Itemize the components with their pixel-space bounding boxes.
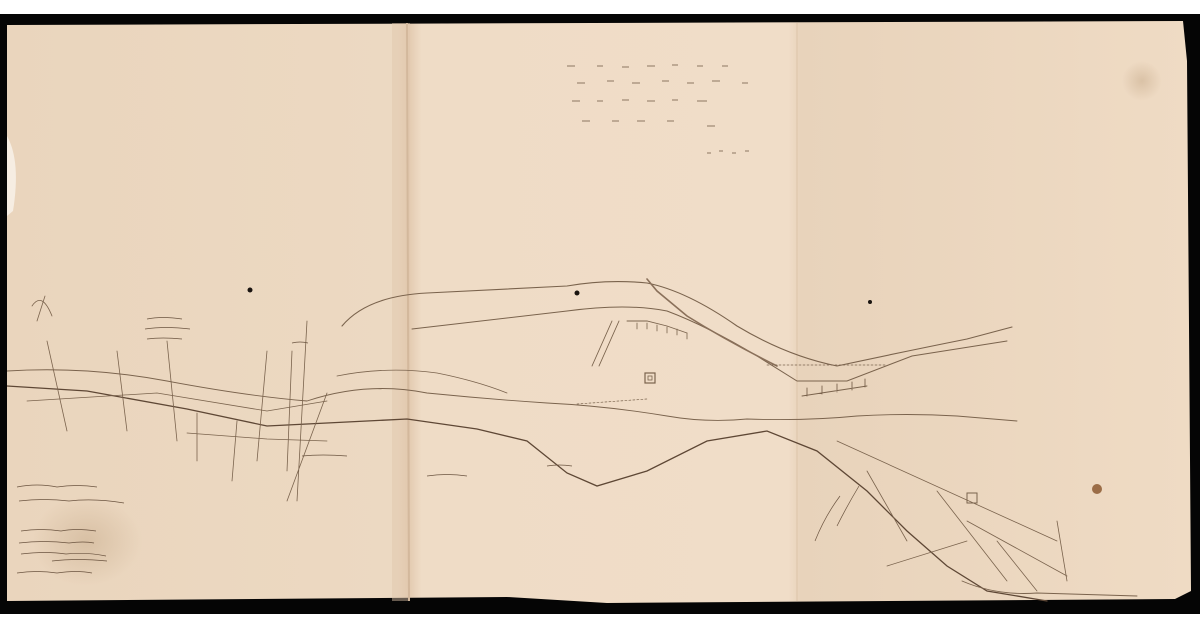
letterbox-bottom	[0, 614, 1200, 628]
map-canvas	[7, 21, 1193, 606]
stain	[1122, 61, 1162, 101]
ink-dot	[575, 291, 580, 296]
paper	[7, 21, 1191, 603]
ink-dot	[248, 288, 253, 293]
map-sheet	[7, 21, 1193, 606]
overlap-strip	[392, 23, 410, 601]
letterbox-top	[0, 0, 1200, 14]
stain-dot	[1092, 484, 1102, 494]
ink-dot	[868, 300, 872, 304]
